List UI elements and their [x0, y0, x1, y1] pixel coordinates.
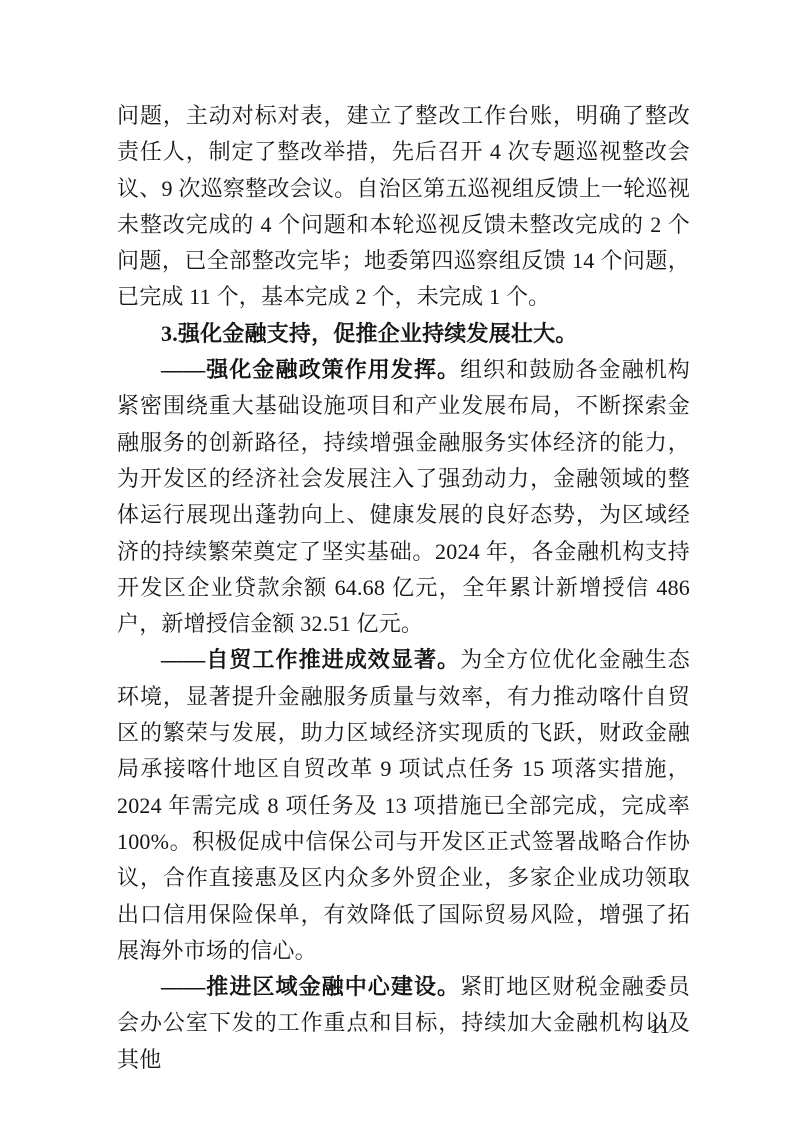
document-page: 问题，主动对标对表，建立了整改工作台账，明确了整改责任人，制定了整改举措，先后召… [0, 0, 793, 1122]
paragraph-bold-lead: ——强化金融政策作用发挥。 [161, 357, 460, 382]
paragraph-text: 3.强化金融支持，促推企业持续发展壮大。 [161, 321, 578, 346]
paragraph-bold-lead: ——自贸工作推进成效显著。 [161, 647, 460, 672]
paragraph-text: 为全方位优化金融生态环境，显著提升金融服务质量与效率，有力推动喀什自贸区的繁荣与… [117, 647, 690, 962]
paragraph-text: 问题，主动对标对表，建立了整改工作台账，明确了整改责任人，制定了整改举措，先后召… [117, 103, 690, 309]
document-body: 问题，主动对标对表，建立了整改工作台账，明确了整改责任人，制定了整改举措，先后召… [117, 98, 690, 1078]
paragraph: 问题，主动对标对表，建立了整改工作台账，明确了整改责任人，制定了整改举措，先后召… [117, 98, 690, 316]
paragraph-text: 组织和鼓励各金融机构紧密围绕重大基础设施项目和产业发展布局，不断探索金融服务的创… [117, 357, 690, 636]
paragraph: ——推进区域金融中心建设。紧盯地区财税金融委员会办公室下发的工作重点和目标，持续… [117, 969, 690, 1078]
section-heading: 3.强化金融支持，促推企业持续发展壮大。 [117, 316, 690, 352]
paragraph: ——强化金融政策作用发挥。组织和鼓励各金融机构紧密围绕重大基础设施项目和产业发展… [117, 352, 690, 642]
page-number: 11 [650, 1013, 670, 1039]
paragraph-bold-lead: ——推进区域金融中心建设。 [161, 974, 460, 999]
paragraph: ——自贸工作推进成效显著。为全方位优化金融生态环境，显著提升金融服务质量与效率，… [117, 642, 690, 969]
